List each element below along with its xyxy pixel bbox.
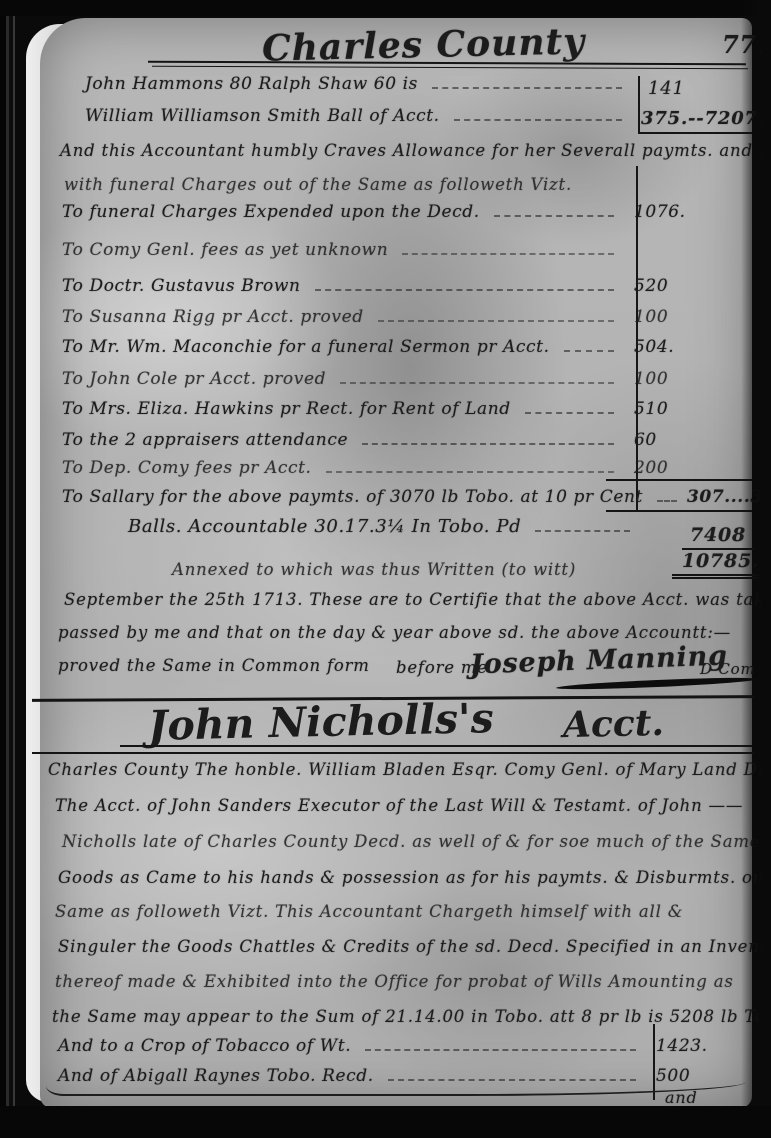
total-box-rule-top [606,479,752,481]
entry-amount: 1423. [644,1036,752,1056]
account-body-line: The Acct. of John Sanders Executor of th… [55,796,743,815]
account-body-line: thereof made & Exhibited into the Office… [55,972,734,991]
ledger-entry-row: To Comy Genl. fees as yet unknown [62,240,752,260]
heading-rule-top [120,745,752,747]
ledger-entry-row: To Sallary for the above paymts. of 3070… [62,487,752,507]
entry-amount: 1076. [622,202,752,222]
annexed-note: Annexed to which was thus Written (to wi… [172,560,576,579]
ledger-entry-row: John Hammons 80 Ralph Shaw 60 is [85,74,630,94]
dash-leader [535,530,630,532]
dash-leader [365,1049,636,1051]
balance-text: Balls. Accountable 30.17.3¼ In Tobo. Pd [128,516,521,537]
dash-leader [657,500,677,502]
entry-text: To Mr. Wm. Maconchie for a funeral Sermo… [62,337,550,357]
ledger-entry-row: To Doctr. Gustavus Brown 520 [62,276,752,296]
dash-leader [362,443,614,445]
entry-text: To Sallary for the above paymts. of 3070… [62,487,643,507]
dash-leader [378,320,614,322]
account-body-line: Goods as Came to his hands & possession … [58,868,771,887]
entry-text: To Dep. Comy fees pr Acct. [62,458,312,478]
ledger-entry-row: To Susanna Rigg pr Acct. proved 100 [62,307,752,327]
account-heading-name: John Nicholls's [148,694,495,750]
certification-line: passed by me and that on the day & year … [58,623,731,642]
entry-text: To Susanna Rigg pr Acct. proved [62,307,364,327]
ledger-entry-row: And to a Crop of Tobacco of Wt. 1423. [58,1036,752,1056]
account-body-line: the Same may appear to the Sum of 21.14.… [52,1007,771,1026]
certification-line: September the 25th 1713. These are to Ce… [64,590,771,609]
scan-border-top [0,0,771,16]
balance-row: Balls. Accountable 30.17.3¼ In Tobo. Pd [128,516,638,537]
entry-text: John Hammons 80 Ralph Shaw 60 is [85,74,418,94]
account-heading: John Nicholls's Acct. [148,698,664,746]
ledger-entry-row: To John Cole pr Acct. proved 100 [62,369,752,389]
entry-amount: 60 [622,430,752,450]
entry-amount: 510 [622,399,752,419]
dash-leader [432,87,622,89]
entry-amount: 520 [622,276,752,296]
certification-line: proved the Same in Common form [58,656,370,675]
account-body-line: Charles County The honble. William Blade… [48,760,771,779]
ledger-entry-row: To Mr. Wm. Maconchie for a funeral Sermo… [62,337,752,357]
dash-leader [326,471,614,473]
entry-text: To Mrs. Eliza. Hawkins pr Rect. for Rent… [62,399,511,419]
ledger-entry-row: To funeral Charges Expended upon the Dec… [62,202,752,222]
scan-border-bottom [0,1106,771,1138]
dash-leader [315,289,614,291]
preamble-line: with funeral Charges out of the Same as … [64,175,572,194]
account-body-line: Singuler the Goods Chattles & Credits of… [58,937,771,956]
total-box-rule-bottom [606,510,752,512]
dash-leader [564,350,614,352]
account-body-line: Same as followeth Vizt. This Accountant … [55,902,683,921]
entry-text: To Doctr. Gustavus Brown [62,276,301,296]
entry-amount: 100 [622,307,752,327]
heading-rule-bottom [32,752,754,754]
entry-amount: 141 [648,78,685,99]
amount-bracket-vertical [638,76,640,133]
entry-amount: 504. [622,337,752,357]
dash-leader [525,412,614,414]
ledger-entry-row: To Mrs. Eliza. Hawkins pr Rect. for Rent… [62,399,752,419]
ledger-entry-row: William Williamson Smith Ball of Acct. [85,106,630,126]
entry-text: To John Cole pr Acct. proved [62,369,326,389]
ledger-entry-row: To Dep. Comy fees pr Acct. 200 [62,458,752,478]
amount-bracket-horizontal [638,132,752,134]
entry-text: To Comy Genl. fees as yet unknown [62,240,388,260]
entry-text: To the 2 appraisers attendance [62,430,348,450]
account-body-line: Nicholls late of Charles County Decd. as… [62,832,760,851]
entry-amount: 200 [622,458,752,478]
dash-leader [454,119,622,121]
dash-leader [340,382,614,384]
account-heading-suffix: Acct. [563,702,665,746]
document-scan: Charles County 77. John Hammons 80 Ralph… [0,0,771,1138]
entry-amount: 100 [622,369,752,389]
entry-text: And to a Crop of Tobacco of Wt. [58,1036,351,1056]
dash-leader [494,215,614,217]
ledger-entry-row: To the 2 appraisers attendance 60 [62,430,752,450]
scan-shadow-right [741,0,771,1138]
entry-text: William Williamson Smith Ball of Acct. [85,106,440,126]
preamble-line: And this Accountant humbly Craves Allowa… [60,141,771,160]
dash-leader [402,253,614,255]
entry-text: To funeral Charges Expended upon the Dec… [62,202,480,222]
